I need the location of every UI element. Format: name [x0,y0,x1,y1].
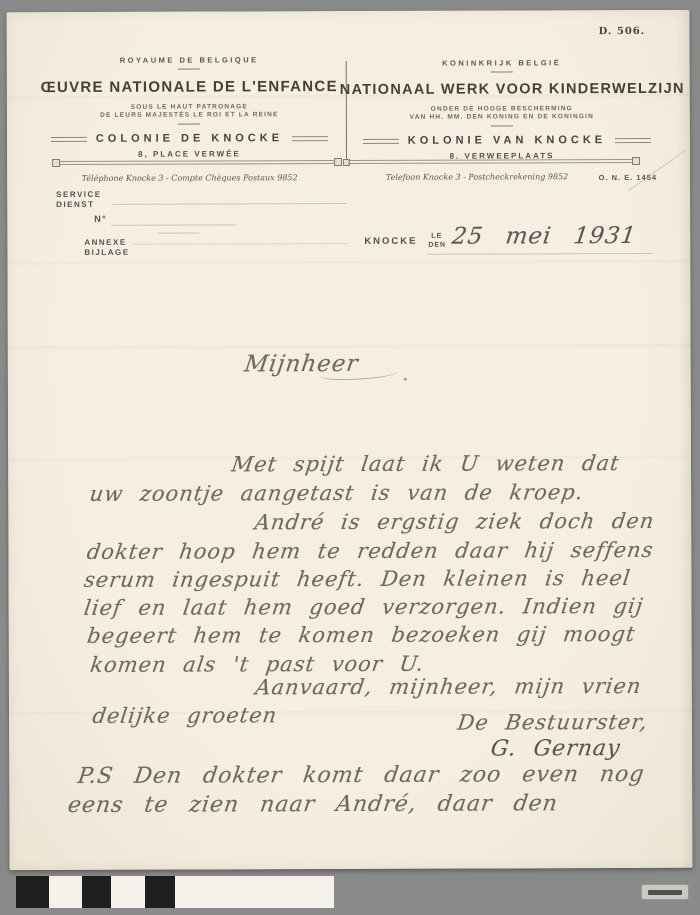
body-line: serum ingespuit heeft. Den kleinen is he… [83,566,633,592]
ornament-dash [178,69,200,70]
calibration-square-black-1 [16,876,49,908]
body-line: begeert hem te komen bezoeken gij moogt [86,622,637,648]
calibration-square-white-2 [111,876,145,908]
form-bijlage-label: BIJLAGE [84,248,129,257]
letterhead-left-contact: Téléphone Knocke 3 - Compte Chèques Post… [37,173,342,183]
form-number-line [111,224,236,225]
letter-scan-paper: D. 506. ROYAUME DE BELGIQUE ŒUVRE NATION… [7,10,693,870]
letterhead-left-rule [52,158,342,167]
salutation-flourish [320,369,400,380]
letterhead-right-patronage-2: VAN HH. MM. DEN KONING EN DE KONINGIN [347,113,657,121]
letterhead-right-contact: Telefoon Knocke 3 - Postcheckrekening 98… [362,172,592,182]
ornament-line [292,136,328,141]
letterhead-left-patronage-2: DE LEURS MAJESTÉS LE ROI ET LA REINE [37,111,342,119]
letterhead-right-colony: KOLONIE VAN KNOCKE [408,134,606,147]
letterhead-left-colony-row: COLONIE DE KNOCKE [47,132,332,145]
body-line: Met spijt laat ik U weten dat [230,451,621,476]
form-service-line [112,203,347,205]
body-line: Aanvaard, mijnheer, mijn vrien [254,674,643,699]
body-line: lief en laat hem goed verzorgen. Indien … [83,594,645,620]
letterhead-right-colony-row: KOLONIE VAN KNOCKE [357,134,657,147]
body-line: dokter hoop hem te redden daar hij seffe… [85,538,655,564]
calibration-square-black-2 [82,876,111,908]
form-number-line-short [157,233,199,234]
salutation-flourish-dot [404,378,407,381]
form-annexe-line [132,243,347,245]
ornament-line [51,136,87,141]
body-line: delijke groeten [91,703,279,728]
rule-line [348,159,632,164]
form-number-label: N° [94,214,107,224]
form-place-label: KNOCKE [364,236,417,247]
form-annexe-label: ANNEXE [84,238,126,247]
body-line: André is ergstig ziek doch den [253,509,656,534]
calibration-square-black-3 [145,876,175,908]
rule-line [60,160,334,165]
ps-line: P.S Den dokter komt daar zoo even nog [76,762,646,789]
calibration-strip-white [175,876,334,908]
watermark-tag [641,884,689,900]
calibration-square-white-1 [49,876,82,908]
rule-end-square [632,157,640,165]
document-code: D. 506. [599,26,646,37]
form-date-line [427,253,652,255]
letterhead-left-patronage-1: SOUS LE HAUT PATRONAGE [37,103,342,111]
ornament-dash [178,124,200,125]
ornament-line [615,137,651,142]
letterhead-right-patronage-1: ONDER DE HOOGE BESCHERMING [347,105,657,113]
letterhead-left-colony: COLONIE DE KNOCKE [96,132,283,145]
letterhead-left-org-title: ŒUVRE NATIONALE DE L'ENFANCE [22,78,357,96]
form-le-label: LE [431,233,442,240]
form-den-label: DEN [428,242,446,249]
letterhead-right-rule [348,157,640,166]
signature: G. Gernay [489,736,622,761]
watermark-tag-text [648,890,682,895]
letterhead-left-kingdom: ROYAUME DE BELGIQUE [37,55,342,65]
closing-role: De Bestuurster, [456,710,649,735]
rule-end-square [334,158,342,166]
body-line: komen als 't past voor U. [89,652,426,677]
form-service-label: SERVICE [56,190,102,199]
ps-line: eens te zien naar André, daar den [66,791,559,818]
body-line: uw zoontje aangetast is van de kroep. [88,480,585,506]
letterhead-right-kingdom: KONINKRIJK BELGIË [347,58,657,68]
form-dienst-label: DIENST [56,200,94,209]
rule-end-square [52,159,60,167]
ornament-line [363,138,399,143]
ornament-dash [491,125,513,126]
letterhead-right-org-title: NATIONAAL WERK VOOR KINDERWELZIJN [340,81,664,98]
handwritten-date: 25 mei 1931 [450,223,638,250]
ornament-dash [491,71,513,72]
